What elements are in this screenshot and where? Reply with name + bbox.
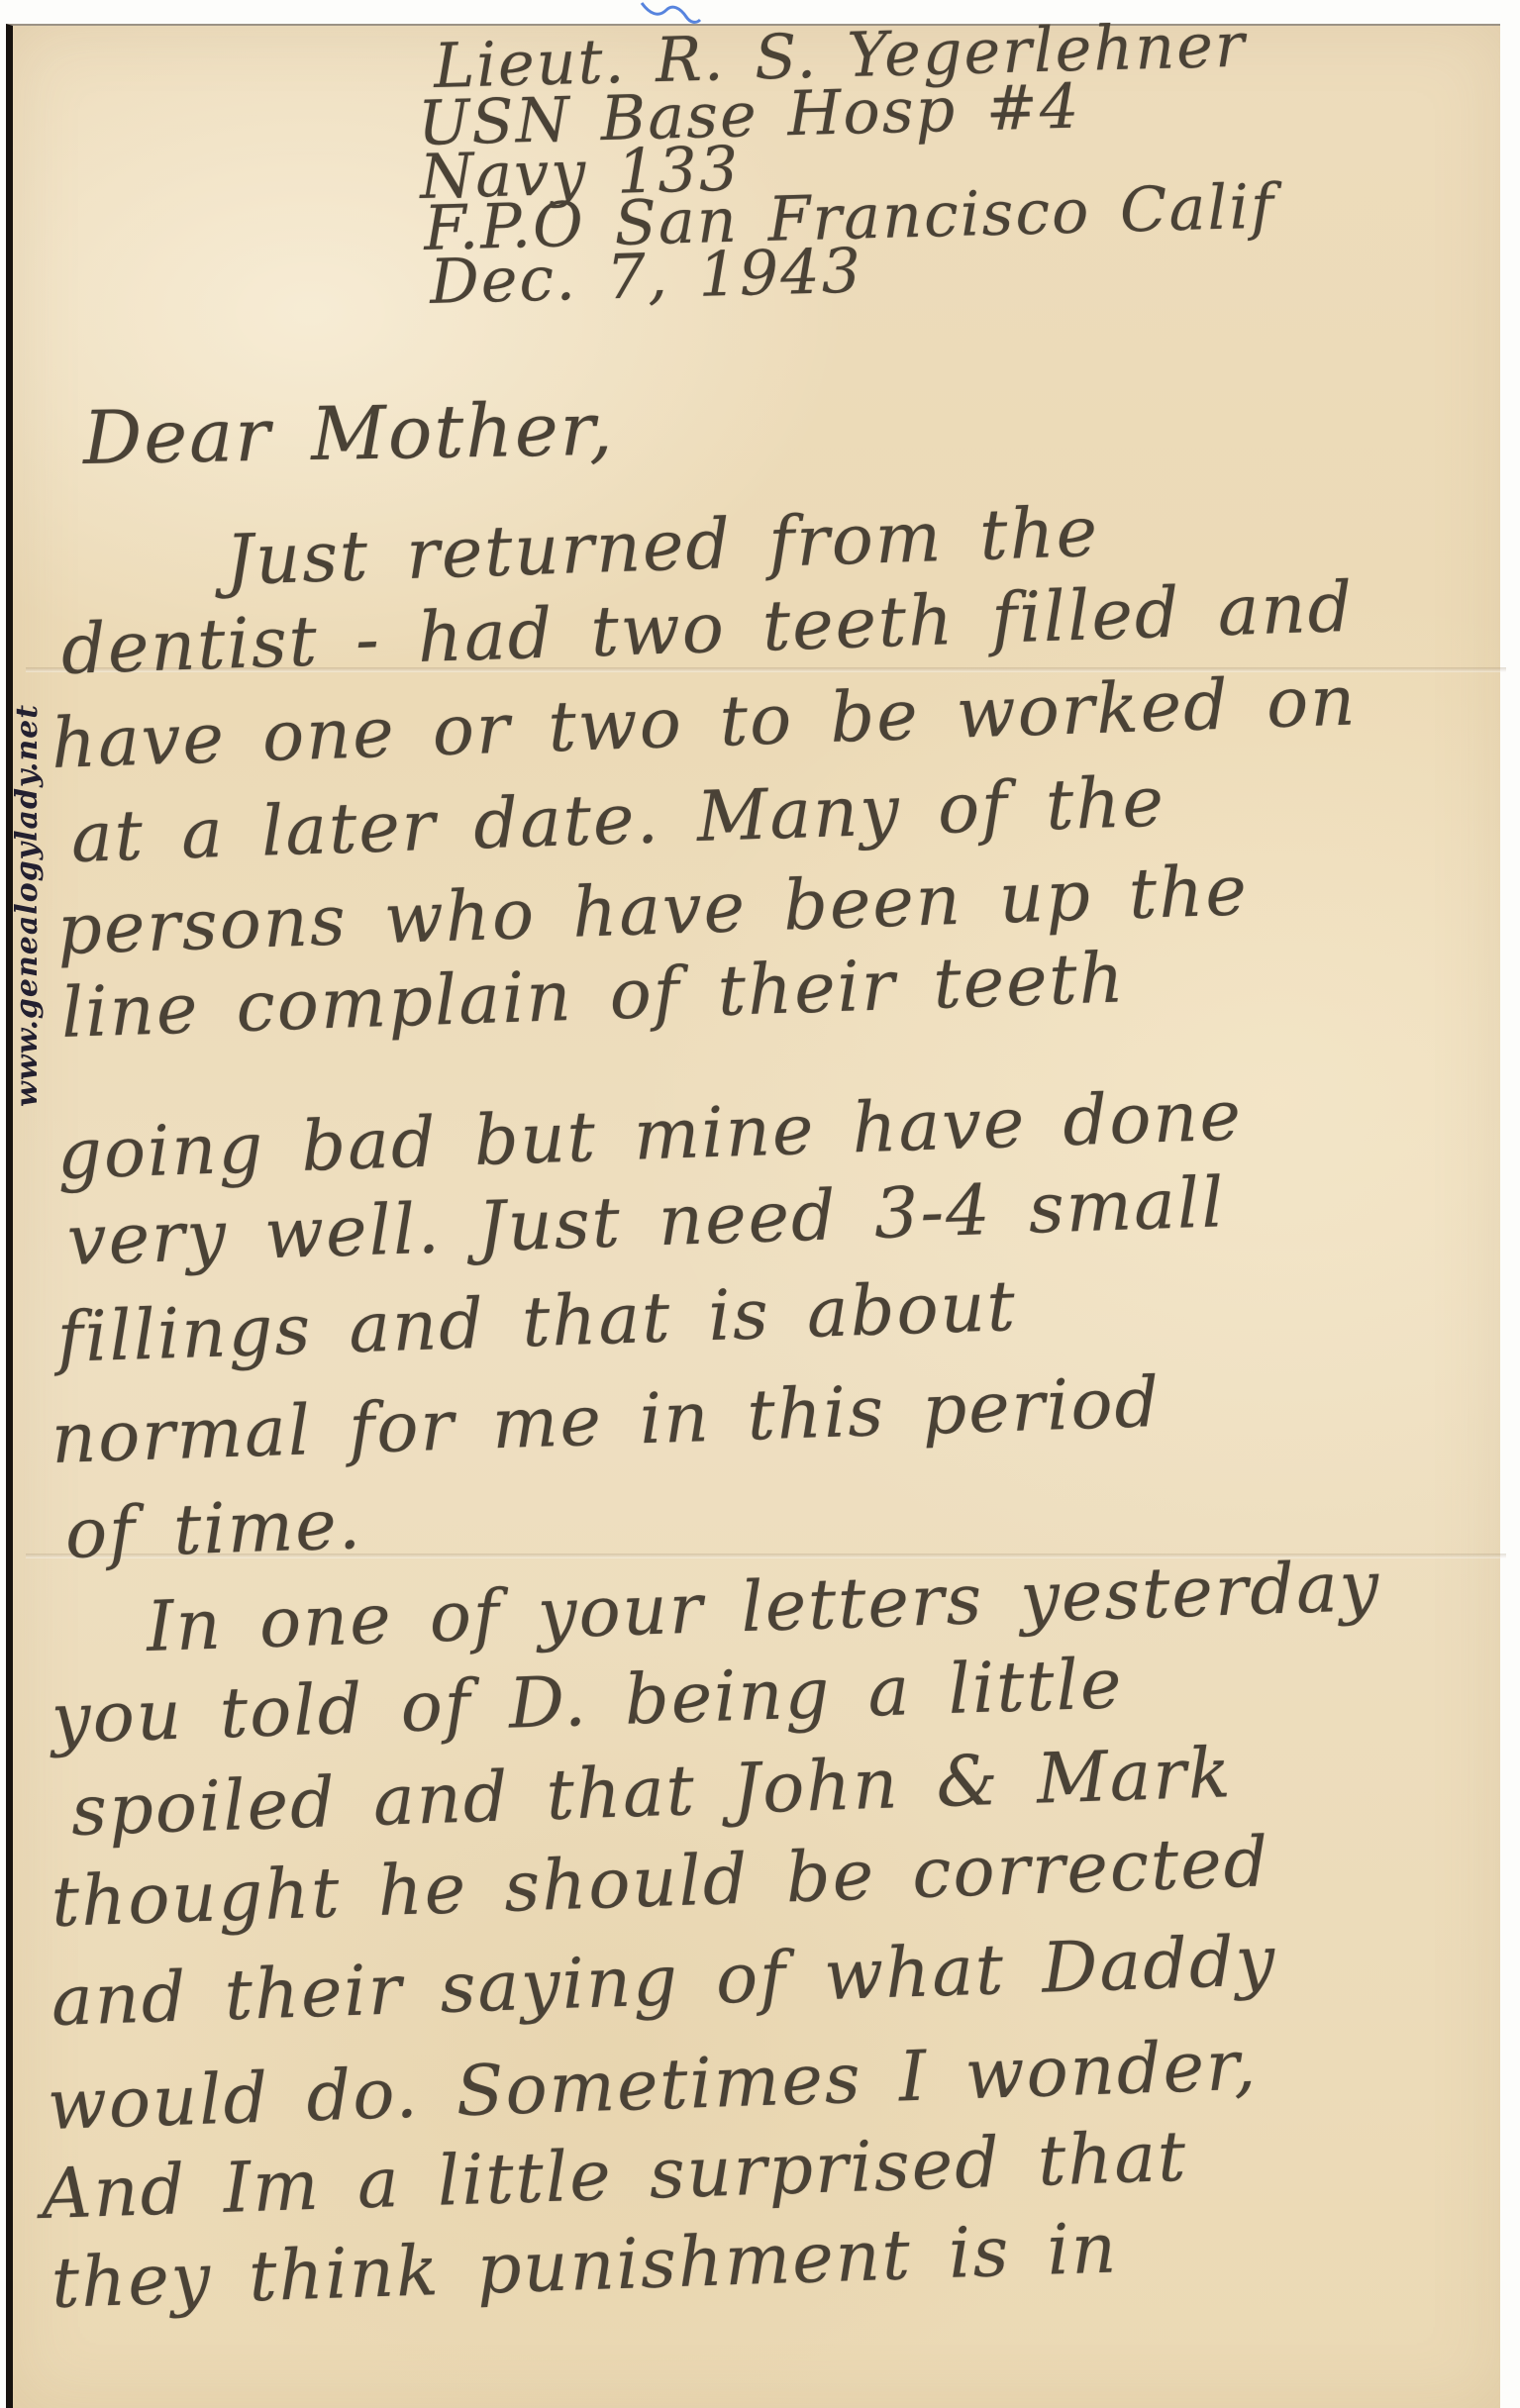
handwritten-line: of time. — [64, 1483, 363, 1574]
watermark-text: www.genealogylady.net — [10, 704, 45, 1107]
scanned-letter: www.genealogylady.net Lieut. R. S. Yeger… — [0, 0, 1520, 2408]
salutation: Dear Mother, — [82, 387, 615, 481]
blue-ink-mark — [0, 0, 1520, 40]
heading-line-date: Dec. 7, 1943 — [429, 235, 863, 318]
